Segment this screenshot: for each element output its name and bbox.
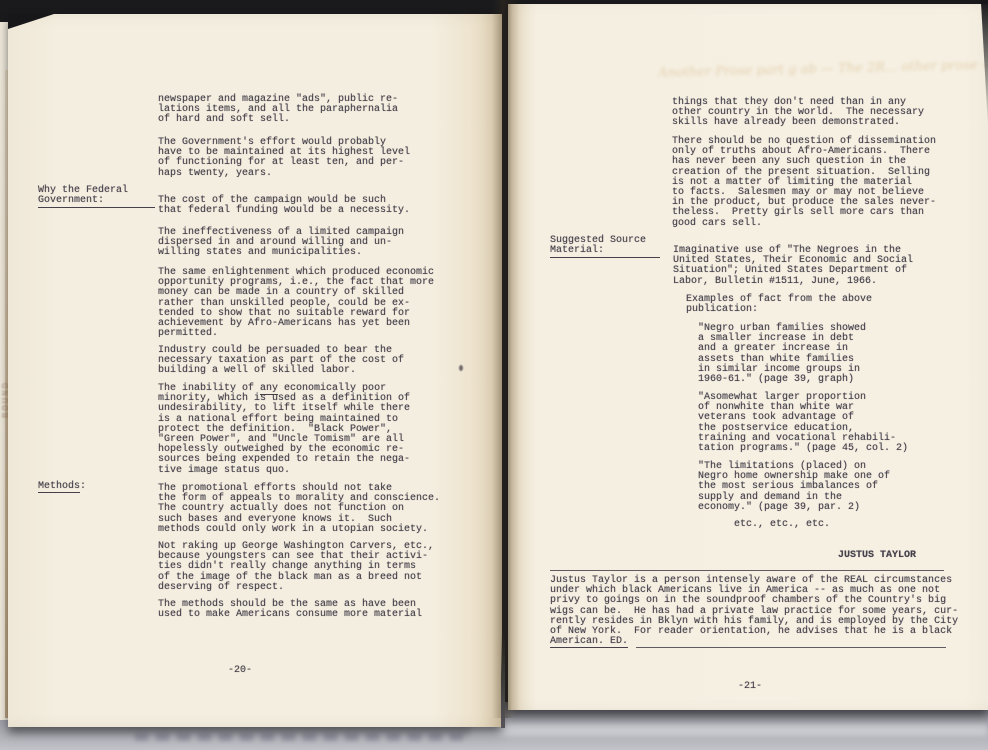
margin-label-material: Material:: [550, 246, 660, 258]
signature: JUSTUS TAYLOR: [838, 551, 916, 561]
underlined-word: American. ED.: [550, 636, 628, 648]
page-number-right: -21-: [738, 682, 762, 692]
editor-note: Justus Taylor is a person intensely awar…: [550, 576, 958, 647]
body-paragraph: The cost of the campaign would be such t…: [158, 196, 410, 216]
underlined-word: Methods: [38, 481, 80, 493]
body-paragraph: things that they don't need than in any …: [672, 98, 924, 129]
body-paragraph: The methods should be the same as have b…: [158, 600, 422, 620]
page-number-left: -20-: [228, 666, 252, 676]
table-highlight: [470, 724, 988, 736]
paragraph-text: economically poor minority, which is use…: [158, 383, 410, 476]
bleed-through-ghost-text: Another Prose part g ab — The 2R... othe…: [658, 58, 968, 81]
gutter-shadow: [492, 0, 520, 718]
ink-speck: [459, 365, 463, 371]
paragraph-text: Justus Taylor is a person intensely awar…: [550, 575, 958, 637]
blockquote: "Negro urban families showed a smaller i…: [698, 324, 866, 385]
body-paragraph: The promotional efforts should not take …: [158, 484, 440, 535]
blockquote: "The limitations (placed) on Negro home …: [698, 462, 890, 513]
margin-label-government: Government:: [38, 196, 155, 208]
horizontal-rule-trailing: [636, 647, 946, 648]
margin-label-methods: Methods:: [38, 482, 86, 492]
blockquote: "Asomewhat larger proportion of nonwhite…: [698, 393, 908, 454]
body-paragraph: The inability of any economically poor m…: [158, 384, 410, 476]
body-paragraph: newspaper and magazine "ads", public re-…: [158, 95, 398, 126]
body-paragraph: The same enlightenment which produced ec…: [158, 268, 434, 339]
body-paragraph: There should be no question of dissemina…: [672, 137, 936, 229]
body-paragraph: The Government's effort would probably h…: [158, 138, 410, 179]
body-paragraph: Not raking up George Washington Carvers,…: [158, 542, 434, 593]
page-right: Another Prose part g ab — The 2R... othe…: [508, 4, 988, 710]
open-booklet-photo: BOUND newspaper and magazine "ads", publ…: [0, 0, 988, 750]
label-colon: :: [80, 481, 86, 492]
etc-line: etc., etc., etc.: [734, 520, 830, 530]
gutter-gap-line: [501, 634, 505, 728]
horizontal-rule: [550, 570, 944, 571]
table-smudge: [135, 733, 465, 741]
body-paragraph: Industry could be persuaded to bear the …: [158, 346, 404, 377]
page-left: newspaper and magazine "ads", public re-…: [8, 14, 502, 727]
body-paragraph: Examples of fact from the above publicat…: [686, 295, 872, 315]
body-paragraph: Imaginative use of "The Negroes in the U…: [673, 246, 913, 287]
body-paragraph: The ineffectiveness of a limited campaig…: [158, 228, 404, 259]
